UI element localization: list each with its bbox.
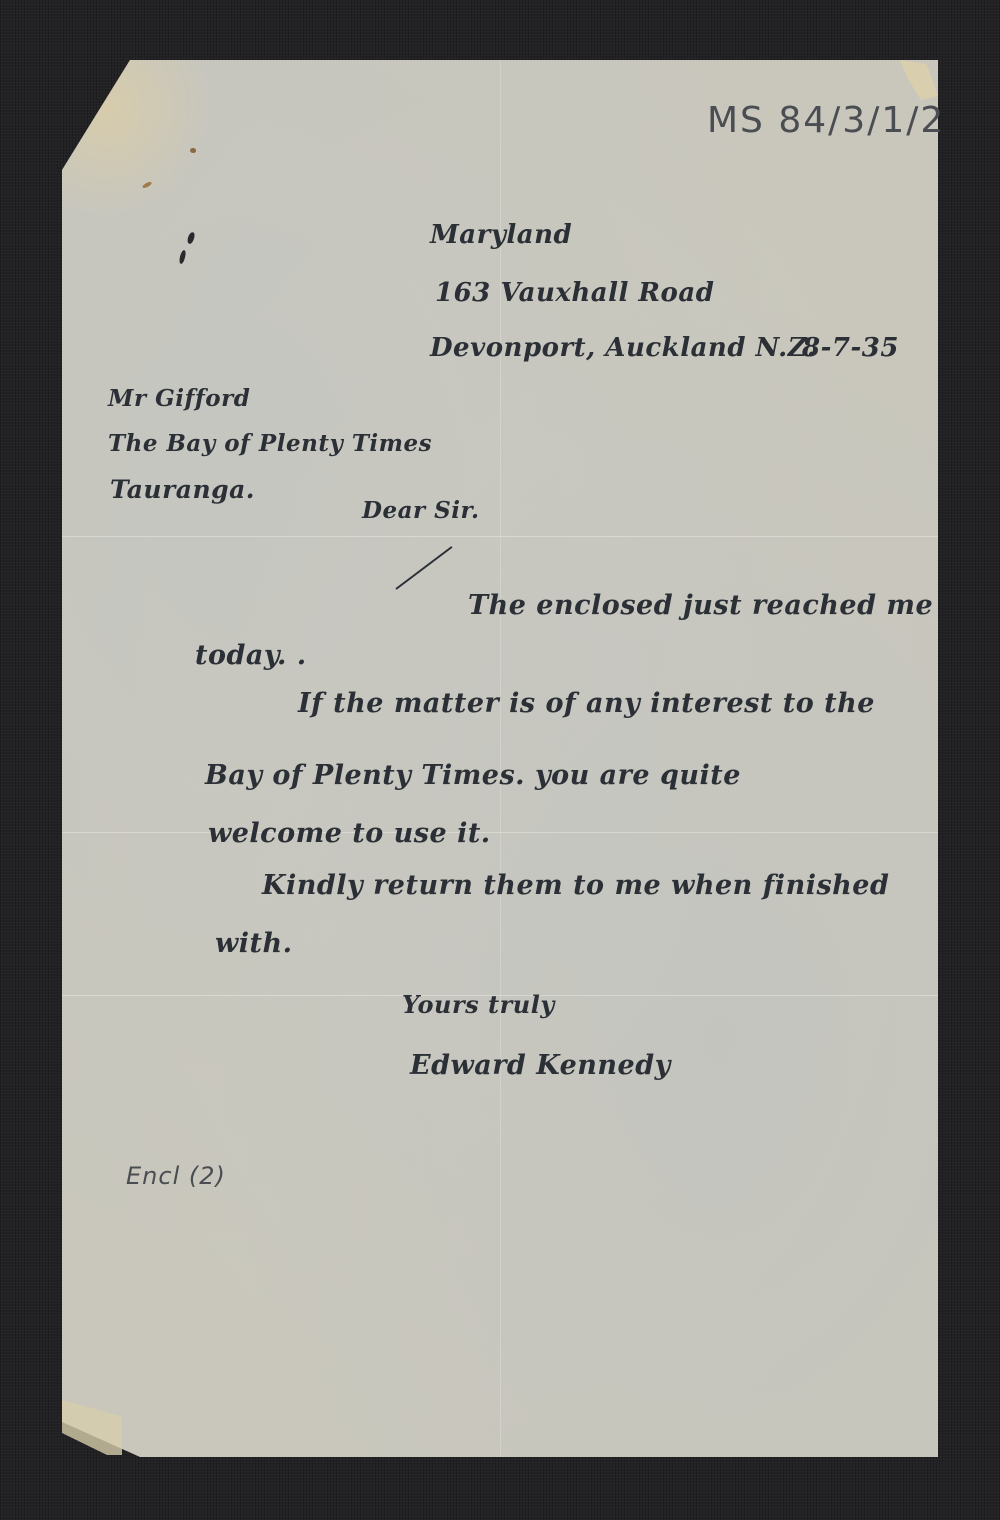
recipient-name: Mr Gifford — [108, 385, 250, 412]
letter-date: 8-7-35 — [802, 333, 899, 363]
body-line-1: The enclosed just reached me — [468, 590, 933, 621]
body-line-6: Kindly return them to me when finished — [262, 870, 889, 901]
body-line-7: with. — [215, 928, 293, 959]
archive-reference: MS 84/3/1/2 — [707, 100, 945, 141]
closing: Yours truly — [402, 990, 555, 1019]
ink-blot — [190, 148, 196, 153]
recipient-organization: The Bay of Plenty Times — [108, 430, 432, 457]
salutation: Dear Sir. — [362, 497, 479, 524]
sender-address-line-3: Devonport, Auckland N.Z. — [430, 333, 816, 363]
body-line-3: If the matter is of any interest to the — [298, 688, 875, 719]
body-line-2: today. . — [195, 640, 307, 671]
fold-crease — [500, 60, 501, 1457]
sender-address-line-1: Maryland — [430, 220, 572, 250]
recipient-town: Tauranga. — [110, 475, 255, 504]
enclosure-note: Encl (2) — [126, 1162, 226, 1190]
body-line-4: Bay of Plenty Times. you are quite — [205, 760, 741, 791]
body-line-5: welcome to use it. — [208, 818, 491, 849]
sender-address-line-2: 163 Vauxhall Road — [435, 278, 714, 308]
signature: Edward Kennedy — [410, 1050, 671, 1081]
